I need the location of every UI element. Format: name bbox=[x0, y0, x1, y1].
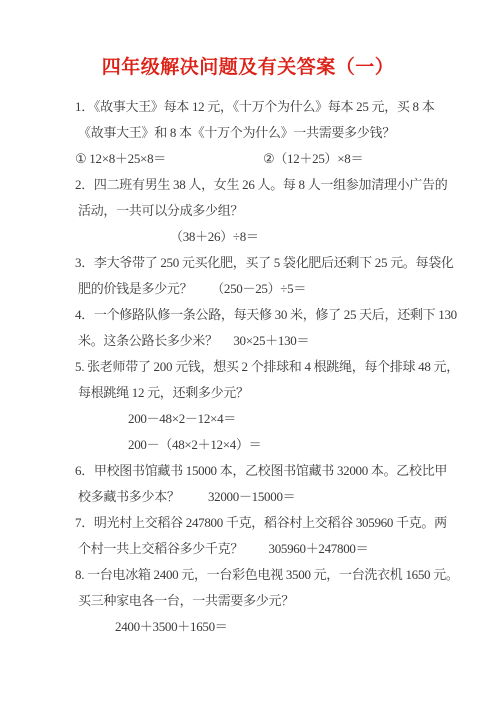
worksheet-line: 4．一个修路队修一条公路，每天修 30 米，修了 25 天后，还剩下 130 bbox=[75, 302, 496, 328]
worksheet-line: 3．李大爷带了 250 元买化肥，买了 5 袋化肥后还剩下 25 元。每袋化 bbox=[75, 250, 496, 276]
worksheet-line: 米。这条公路长多少米？ 30×25＋130＝ bbox=[78, 328, 496, 354]
worksheet-line: 个村一共上交稻谷多少千克？ 305960＋247800＝ bbox=[78, 536, 496, 562]
worksheet-line: 200－48×2－12×4＝ bbox=[128, 406, 496, 432]
worksheet-line: 200－（48×2＋12×4）＝ bbox=[128, 432, 496, 458]
worksheet-line: 2．四二班有男生 38 人，女生 26 人。每 8 人一组参加清理小广告的 bbox=[75, 172, 496, 198]
expression-option-1: ① 12×8＋25×8＝ bbox=[75, 146, 263, 172]
worksheet-line: 2400＋3500＋1650＝ bbox=[115, 614, 496, 640]
worksheet-line: 肥的价钱是多少元？ （250－25）÷5＝ bbox=[78, 276, 496, 302]
expression-option-2: ②（12＋25）×8＝ bbox=[263, 151, 363, 166]
worksheet-line: 活动，一共可以分成多少组？ bbox=[78, 198, 496, 224]
worksheet-line: 1．《故事大王》每本 12 元，《十万个为什么》每本 25 元，买 8 本 bbox=[75, 94, 496, 120]
worksheet-line: 8. 一台电冰箱 2400 元，一台彩色电视 3500 元，一台洗衣机 1650… bbox=[75, 562, 496, 588]
worksheet-line: （38＋26）÷8＝ bbox=[170, 224, 496, 250]
worksheet-line: 7．明光村上交稻谷 247800 千克，稻谷村上交稻谷 305960 千克。两 bbox=[75, 510, 496, 536]
worksheet-line: 5. 张老师带了 200 元钱，想买 2 个排球和 4 根跳绳，每个排球 48 … bbox=[75, 354, 496, 380]
worksheet-body: 1．《故事大王》每本 12 元，《十万个为什么》每本 25 元，买 8 本《故事… bbox=[75, 94, 496, 640]
worksheet-page: 四年级解决问题及有关答案（一） 1．《故事大王》每本 12 元，《十万个为什么》… bbox=[0, 0, 496, 702]
worksheet-line: 买三种家电各一台，一共需要多少元？ bbox=[78, 588, 496, 614]
worksheet-line: 校多藏书多少本？ 32000－15000＝ bbox=[78, 484, 496, 510]
worksheet-line: 6．甲校图书馆藏书 15000 本，乙校图书馆藏书 32000 本。乙校比甲 bbox=[75, 458, 496, 484]
worksheet-line: 每根跳绳 12 元，还剩多少元？ bbox=[78, 380, 496, 406]
page-title: 四年级解决问题及有关答案（一） bbox=[0, 0, 496, 84]
worksheet-line: ① 12×8＋25×8＝②（12＋25）×8＝ bbox=[75, 146, 496, 172]
worksheet-line: 《故事大王》和 8 本《十万个为什么》一共需要多少钱？ bbox=[78, 120, 496, 146]
